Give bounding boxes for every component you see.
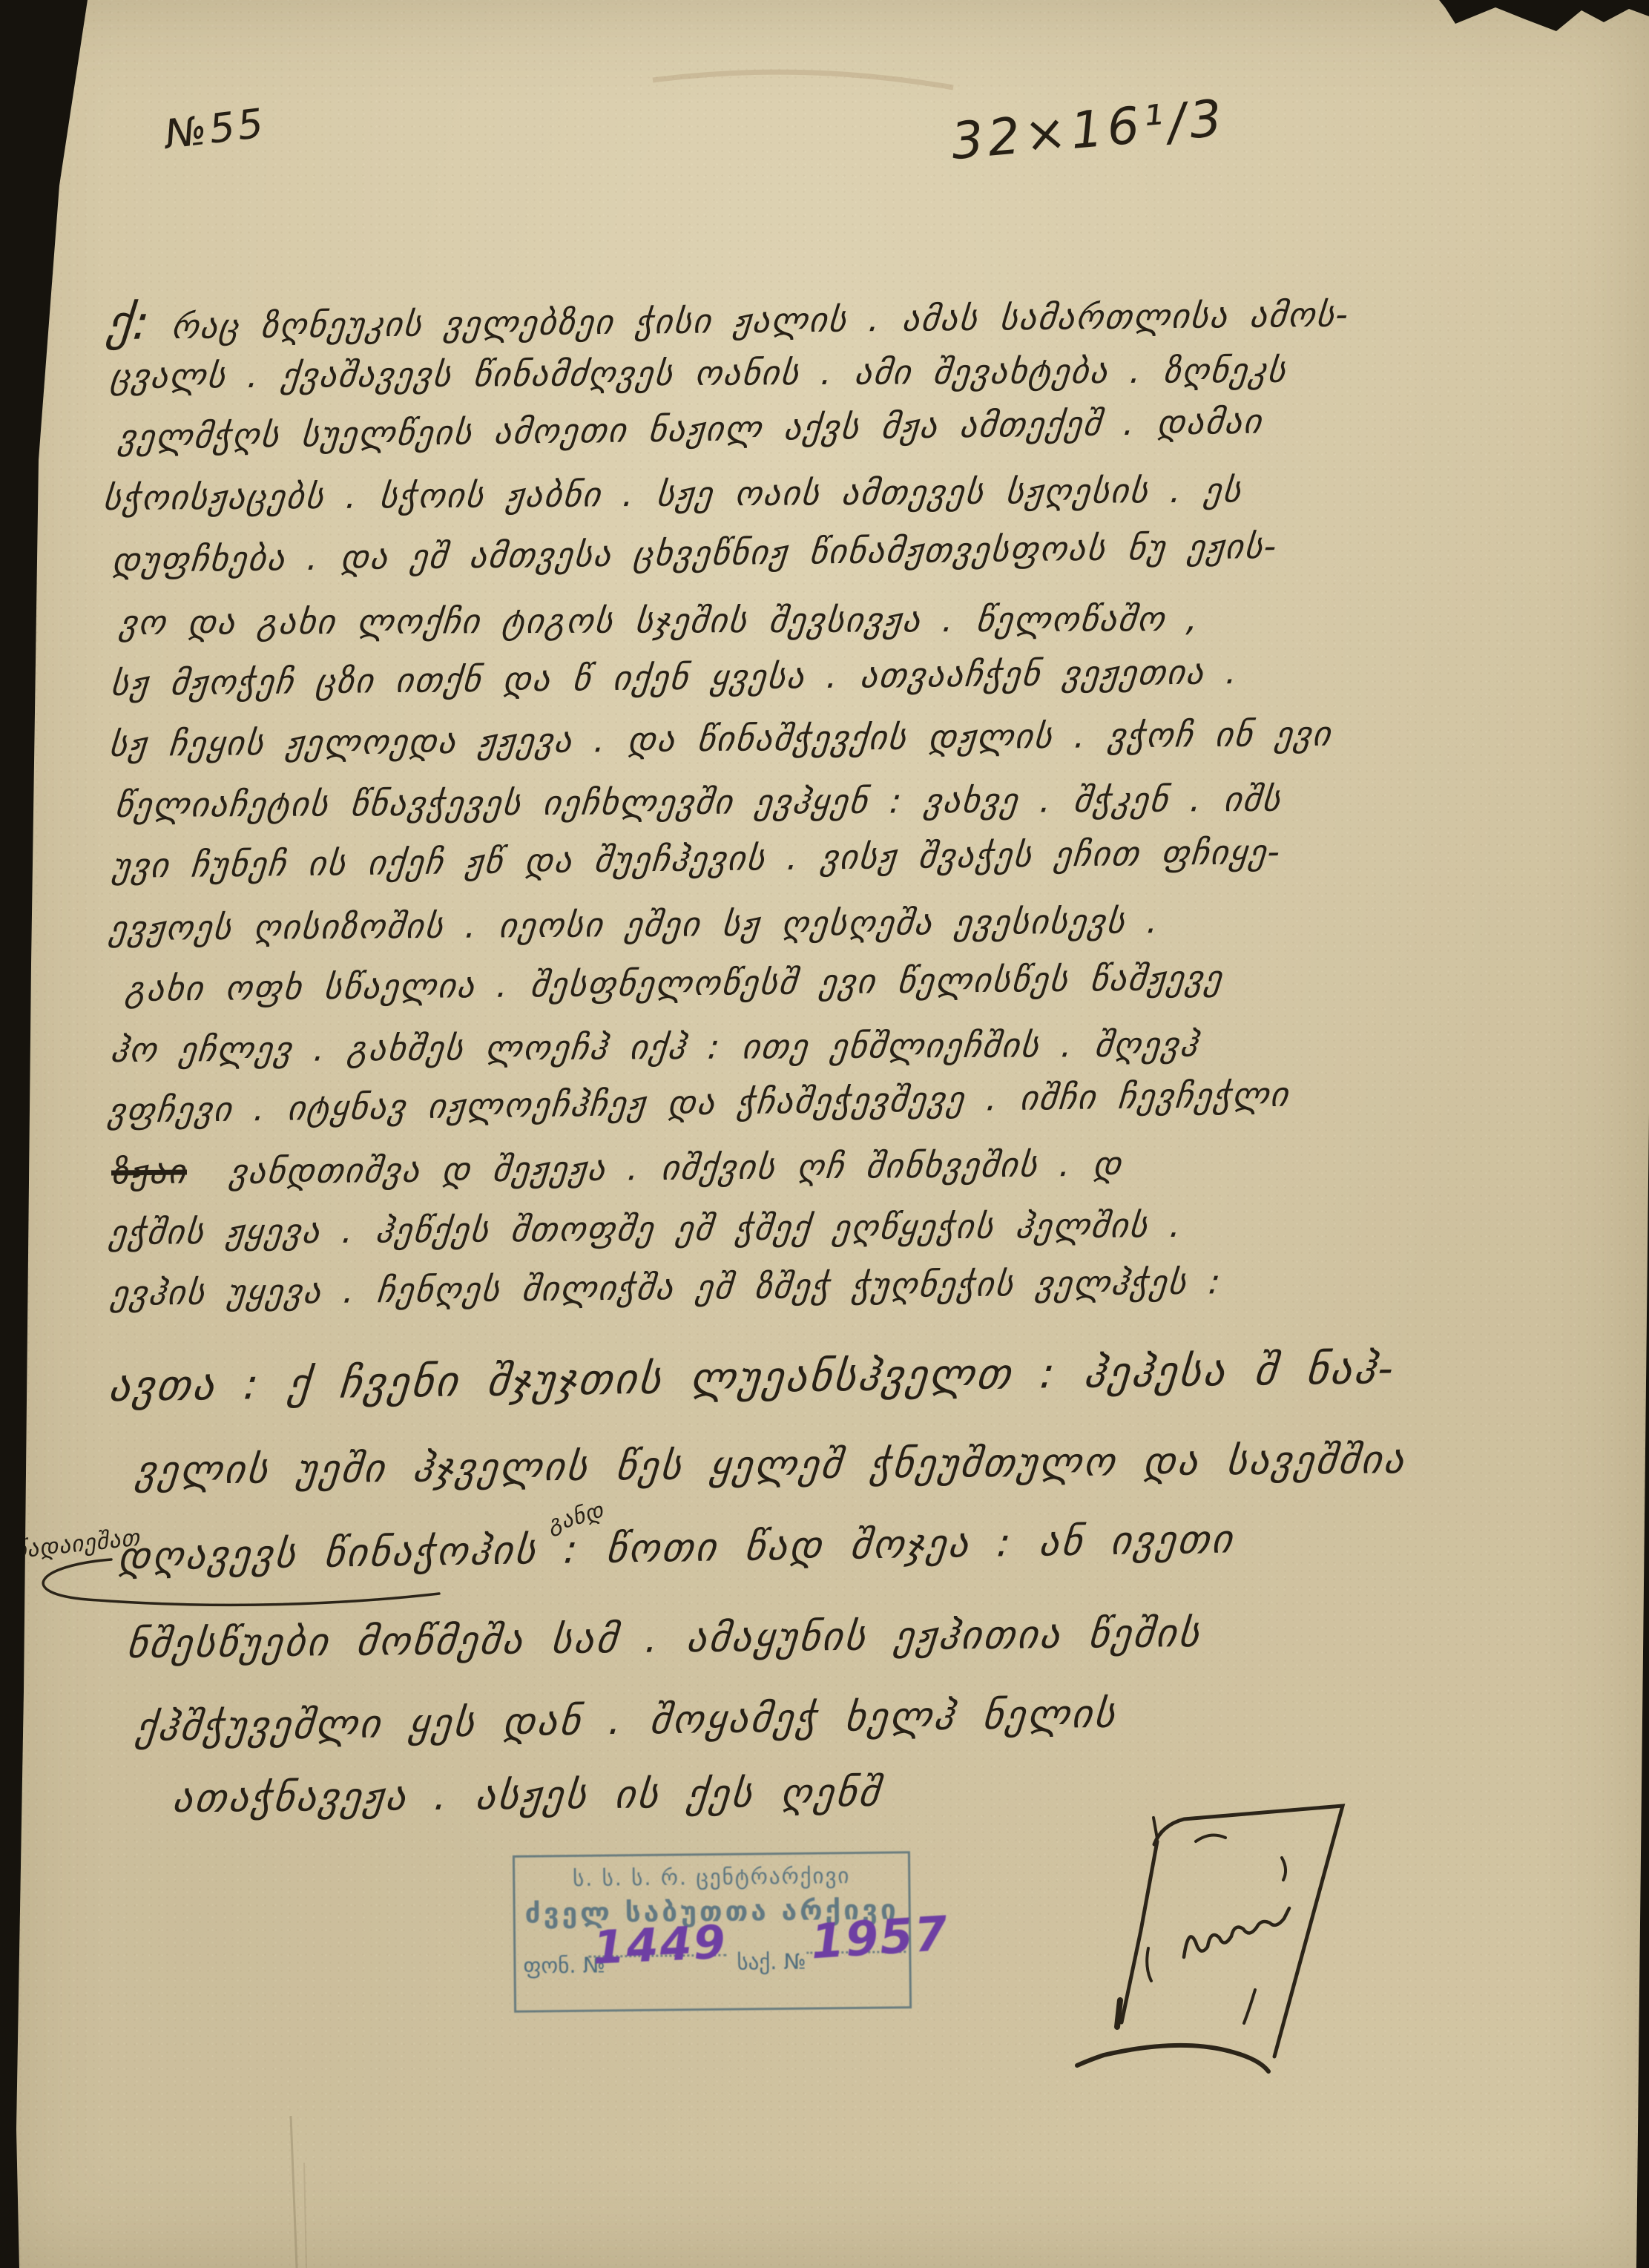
struck-out-word: ზჟაი xyxy=(111,1151,187,1192)
letter-text-line: ევჟოეს ღისიზოშის . იეოსი ეშეი სჟ ღესღეშა… xyxy=(108,901,1162,948)
stamp-case-label: საქ. № xyxy=(737,1949,806,1975)
stamp-org-line: ს. ს. ს. რ. ცენტრარქივი xyxy=(515,1862,908,1892)
letter-text-line: ვო და გახი ლოქჩი ტიგოს სჯეშის შევსივჟა .… xyxy=(118,599,1202,642)
letter-text-line: ეჭშის ჟყევა . ჰეწქეს შთოფშე ეშ ჭშექ ეღწყ… xyxy=(108,1205,1185,1252)
letter-text-line: სჭოისჟაცებს . სჭოის ჟაბნი . სჟე ოაის ამთ… xyxy=(102,470,1244,518)
stamp-numbers-row: ფონ. № საქ. № 1449 1957 xyxy=(516,1936,909,1992)
stamp-case-number: 1957 xyxy=(809,1907,950,1970)
archive-stamp: ს. ს. ს. რ. ცენტრარქივი ძველ საბუთთა არქ… xyxy=(513,1851,912,2013)
paper-sheet: №55 32×16¹/3 ქ: რაც xyxy=(0,0,1649,2268)
letter-text-line: ჰო ეჩლევ . გახშეს ლოეჩჰ იქჰ : ითე ენშლიე… xyxy=(109,1024,1201,1070)
letter-text-line: ათაჭნავეჟა . ასჟეს ის ქეს ღენშ xyxy=(171,1770,883,1821)
letter-text-line: წელიაჩეტის წნავჭევეს იეჩხლევში ევჰყენ : … xyxy=(113,779,1284,825)
letter-text-line: ცვალს . ქვაშავევს წინამძღვეს ოანის . ამი… xyxy=(109,350,1289,396)
stamp-fond-number: 1449 xyxy=(592,1915,728,1975)
letter-text-line: ვანდთიშვა დ შეჟეჟა . იშქვის ღჩ შინხვეშის… xyxy=(228,1143,1125,1191)
scanned-document-page: №55 32×16¹/3 ქ: რაც xyxy=(0,0,1649,2268)
